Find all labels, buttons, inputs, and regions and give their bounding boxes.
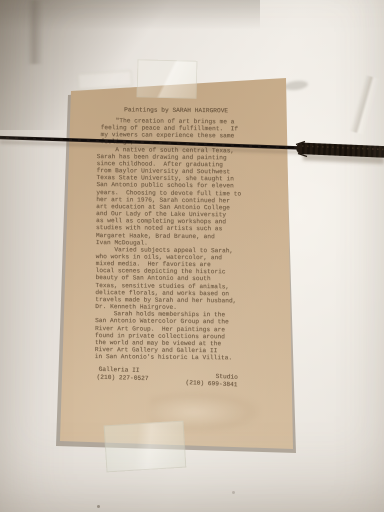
photo-of-flyer-on-wall: Paintings by SARAH HAIRGROVE "The creati… xyxy=(0,0,384,512)
hanging-cord xyxy=(0,0,384,512)
